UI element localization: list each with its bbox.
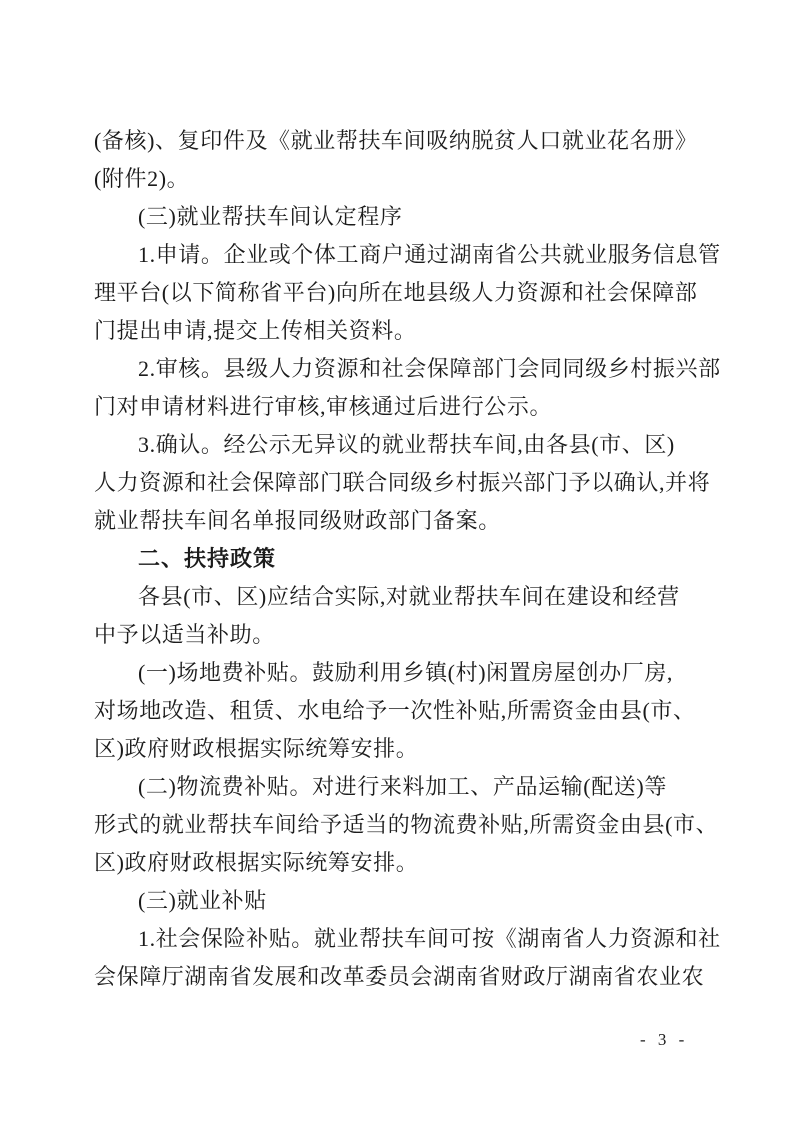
text-line: (三)就业帮扶车间认定程序 [94,198,698,236]
text-line: 3.确认。经公示无异议的就业帮扶车间,由各县(市、区) [94,426,698,464]
text-line: 区)政府财政根据实际统筹安排。 [94,730,698,768]
text-line: 人力资源和社会保障部门联合同级乡村振兴部门予以确认,并将 [94,464,698,502]
inline-subheading: (二)物流费补贴。 [138,774,312,799]
text-line: 理平台(以下简称省平台)向所在地县级人力资源和社会保障部 [94,274,698,312]
text-line: 各县(市、区)应结合实际,对就业帮扶车间在建设和经营 [94,578,698,616]
text-line: 1.申请。企业或个体工商户通过湖南省公共就业服务信息管 [94,236,698,274]
text-line: (三)就业补贴 [94,882,698,920]
text-line: (备核)、复印件及《就业帮扶车间吸纳脱贫人口就业花名册》 [94,122,698,160]
text-line: (一)场地费补贴。鼓励利用乡镇(村)闲置房屋创办厂房, [94,654,698,692]
text-line: 对场地改造、租赁、水电给予一次性补贴,所需资金由县(市、 [94,692,698,730]
document-page: (备核)、复印件及《就业帮扶车间吸纳脱贫人口就业花名册》(附件2)。(三)就业帮… [0,0,793,1122]
document-body: (备核)、复印件及《就业帮扶车间吸纳脱贫人口就业花名册》(附件2)。(三)就业帮… [94,122,698,996]
text-line: 会保障厅湖南省发展和改革委员会湖南省财政厅湖南省农业农 [94,958,698,996]
text-line: (二)物流费补贴。对进行来料加工、产品运输(配送)等 [94,768,698,806]
text-line: (附件2)。 [94,160,698,198]
text-line: 门提出申请,提交上传相关资料。 [94,312,698,350]
text-line: 门对申请材料进行审核,审核通过后进行公示。 [94,388,698,426]
text-line: 二、扶持政策 [94,540,698,578]
inline-subheading: (一)场地费补贴。 [138,660,312,685]
text-line: 1.社会保险补贴。就业帮扶车间可按《湖南省人力资源和社 [94,920,698,958]
text-line: 区)政府财政根据实际统筹安排。 [94,844,698,882]
text-line: 中予以适当补助。 [94,616,698,654]
text-line: 就业帮扶车间名单报同级财政部门备案。 [94,502,698,540]
text-line: 形式的就业帮扶车间给予适当的物流费补贴,所需资金由县(市、 [94,806,698,844]
text-line: 2.审核。县级人力资源和社会保障部门会同同级乡村振兴部 [94,350,698,388]
page-number: - 3 - [640,1028,688,1052]
